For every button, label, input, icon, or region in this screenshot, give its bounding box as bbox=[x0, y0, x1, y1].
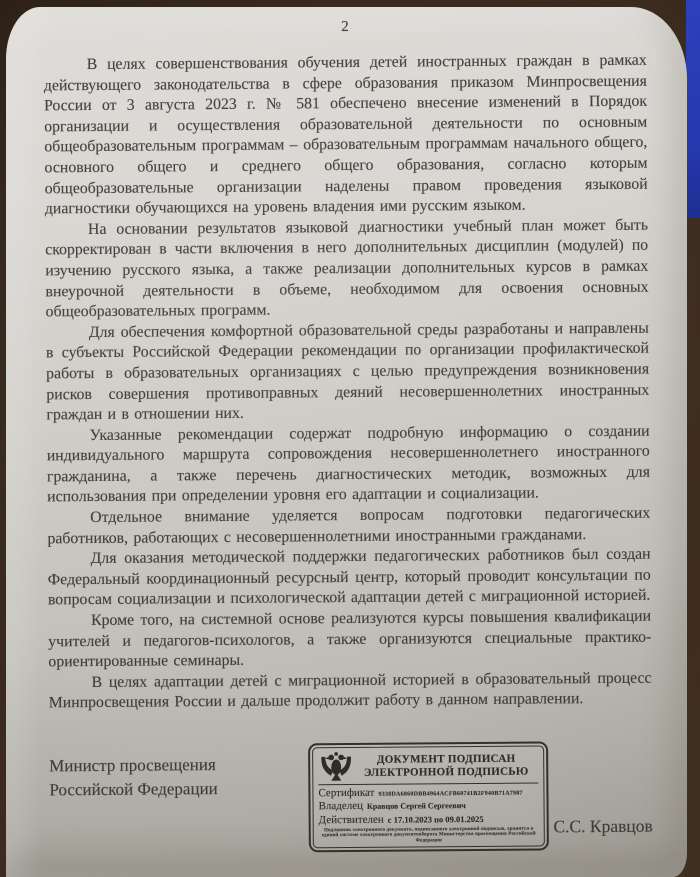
document-content: 2 В целях совершенствования обучения дет… bbox=[6, 7, 687, 877]
stamp-validity-row: Действителен с 17.10.2023 по 09.01.2025 bbox=[319, 812, 539, 826]
stamp-header: ДОКУМЕНТ ПОДПИСАН ЭЛЕКТРОННОЙ ПОДПИСЬЮ bbox=[318, 750, 538, 786]
owner-value: Кравцов Сергей Сергеевич bbox=[367, 801, 466, 811]
stamp-owner-row: Владелец Кравцов Сергей Сергеевич bbox=[318, 799, 538, 813]
stamp-fine-print: Подлинник электронного документа, подпис… bbox=[319, 826, 539, 845]
stamp-inner-frame: ДОКУМЕНТ ПОДПИСАН ЭЛЕКТРОННОЙ ПОДПИСЬЮ С… bbox=[312, 745, 545, 848]
stamp-title-line1: ДОКУМЕНТ ПОДПИСАН bbox=[354, 753, 538, 767]
stamp-title: ДОКУМЕНТ ПОДПИСАН ЭЛЕКТРОННОЙ ПОДПИСЬЮ bbox=[354, 753, 538, 779]
owner-label: Владелец bbox=[318, 800, 363, 812]
paragraph-6: Для оказания методической поддержки педа… bbox=[48, 545, 651, 612]
double-headed-eagle-icon bbox=[318, 751, 354, 782]
paragraph-8: В целях адаптации детей с миграционной и… bbox=[48, 668, 651, 714]
document-page: 2 В целях совершенствования обучения дет… bbox=[6, 7, 687, 877]
blue-object bbox=[686, 0, 700, 218]
signatory-title-line1: Министр просвещения bbox=[49, 753, 261, 779]
certificate-value: 9338DA6860DBB4964ACFB60741B2F940B71A7987 bbox=[378, 790, 522, 797]
validity-label: Действителен bbox=[319, 813, 384, 826]
paragraph-5: Отдельное внимание уделяется вопросам по… bbox=[47, 504, 650, 550]
paragraph-7: Кроме того, на системной основе реализую… bbox=[48, 607, 651, 674]
page-number: 2 bbox=[43, 17, 646, 39]
digital-signature-stamp: ДОКУМЕНТ ПОДПИСАН ЭЛЕКТРОННОЙ ПОДПИСЬЮ С… bbox=[308, 741, 549, 852]
paragraph-3: Для обеспечения комфортной образовательн… bbox=[46, 318, 650, 426]
signatory-title-line2: Российской Федерации bbox=[49, 777, 261, 803]
photo-background: 2 В целях совершенствования обучения дет… bbox=[0, 0, 700, 877]
signatory-title: Министр просвещения Российской Федерации bbox=[49, 744, 261, 803]
paragraph-1: В целях совершенствования обучения детей… bbox=[44, 51, 648, 220]
signature-block: Министр просвещения Российской Федерации bbox=[49, 741, 653, 855]
validity-value: с 17.10.2023 по 09.01.2025 bbox=[388, 813, 484, 824]
paragraph-2: На основании результатов языковой диагно… bbox=[45, 215, 649, 323]
certificate-label: Сертификат bbox=[318, 786, 374, 798]
stamp-title-line2: ЭЛЕКТРОННОЙ ПОДПИСЬЮ bbox=[354, 765, 538, 779]
stamp-certificate-row: Сертификат 9338DA6860DBB4964ACFB60741B2F… bbox=[318, 785, 538, 799]
signatory-name: С.С. Кравцов bbox=[553, 816, 652, 838]
paragraph-4: Указанные рекомендации содержат подробну… bbox=[47, 421, 651, 508]
